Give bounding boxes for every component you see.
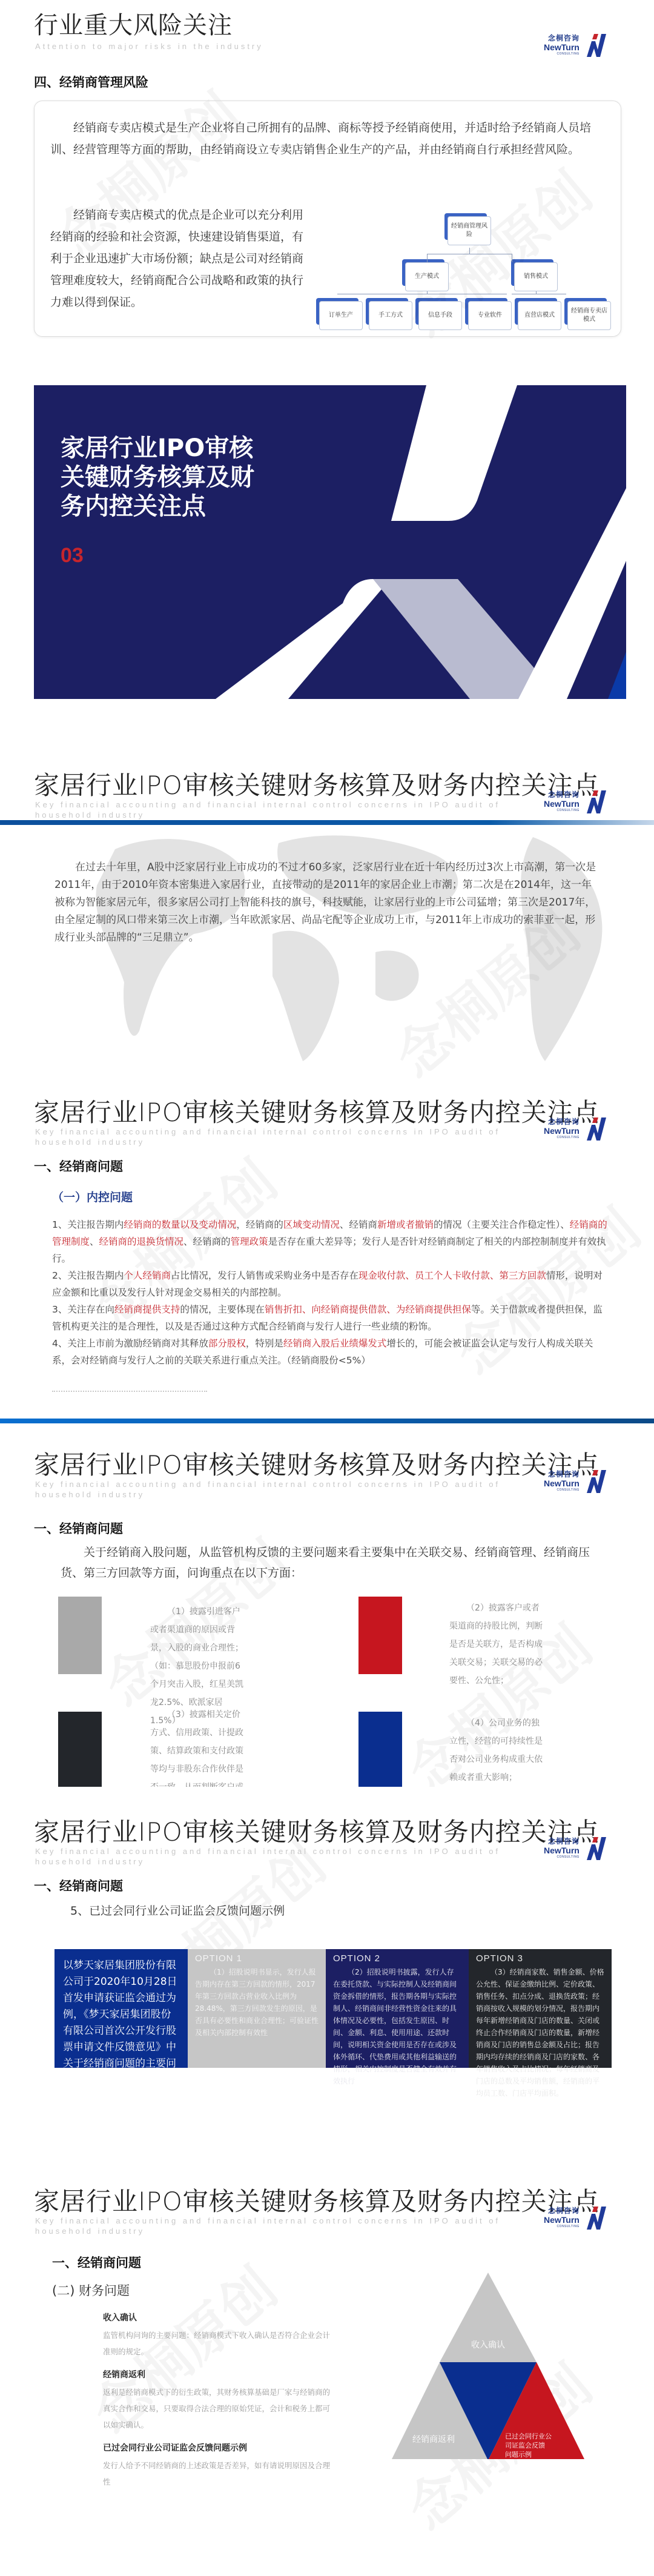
brand-logo: 念桐咨询 NewTurn CONSULTING — [544, 1465, 610, 1497]
slide-header: 家居行业IPO审核关键财务核算及财务内控关注点 Key financial ac… — [0, 1799, 654, 1866]
list-item: 1、关注报告期内经销商的数量以及变动情况，经销商的区域变动情况、经销商新增或者撤… — [52, 1216, 609, 1267]
option-panel-3: OPTION 3 （3）经销商家数、销售金额、价格公允性、保证金缴纳比例、定价政… — [464, 1949, 612, 2068]
slide-divider-bar — [0, 1419, 654, 1423]
point-text: （3）披露相关定价方式、信用政策、计提政策、结算政策和支付政策等均与非股东合作伙… — [150, 1706, 247, 1787]
page-title: 家居行业IPO审核关键财务核算及财务内控关注点 — [34, 1812, 599, 1849]
brand-logo: 念桐咨询 NewTurn CONSULTING — [544, 1832, 610, 1864]
control-issue-list: 1、关注报告期内经销商的数量以及变动情况，经销商的区域变动情况、经销商新增或者撤… — [52, 1216, 609, 1369]
option-text: （3）经销商家数、销售金额、价格公允性、保证金缴纳比例、定价政策、销售任务、扣点… — [476, 1966, 604, 2099]
page-title: 家居行业IPO审核关键财务核算及财务内控关注点 — [34, 1445, 599, 1482]
page-subtitle: Attention to major risks in the industry — [35, 41, 507, 51]
slide-section-cover: 家居行业IPO审核 关键财务核算及财 务内控关注点 03 — [0, 339, 654, 718]
logo-cn: 念桐咨询 — [548, 35, 580, 42]
svg-text:经销商返利: 经销商返利 — [412, 2434, 455, 2445]
org-node: 生产模式 — [405, 262, 449, 291]
cover-section-number: 03 — [61, 544, 84, 568]
option-label: OPTION 2 — [333, 1953, 457, 1965]
option-label: OPTION 1 — [195, 1953, 319, 1965]
newturn-n-icon — [582, 1115, 609, 1142]
newturn-n-icon — [582, 31, 609, 58]
logo-sub: CONSULTING — [557, 53, 579, 56]
slide-header: 家居行业IPO审核关键财务核算及财务内控关注点 Key financial ac… — [0, 1079, 654, 1146]
page-subtitle: Key financial accounting and financial i… — [35, 1127, 507, 1147]
list-item: 2、关注报告期内个人经销商占比情况，发行人销售或采购业务中是否存在现金收付款、员… — [52, 1267, 609, 1301]
slide-header: 家居行业IPO审核关键财务核算及财务内控关注点 Key financial ac… — [0, 752, 654, 819]
list-item: 4、关注上市前为激励经销商对其释放部分股权，特别是经销商入股后业绩爆发式增长的，… — [52, 1335, 609, 1369]
slide-header: 行业重大风险关注 Attention to major risks in the… — [0, 0, 654, 67]
content-card: 经销商专卖店模式是生产企业将自己所拥有的品牌、商标等授予经销商使用，并适时给予经… — [34, 101, 621, 337]
newturn-n-icon — [582, 2204, 609, 2231]
option-text: （2）招股说明书披露，发行人存在委托贷款、与实际控制人及经销商间资金拆借的情形，… — [333, 1966, 457, 2087]
lead-panel: 以梦天家居集团股份有限公司于2020年10月28日首发申请获证监会通过为例，《梦… — [54, 1949, 188, 2068]
slide-equity-issues: 念桐原创 念桐原创 家居行业IPO审核关键财务核算及财务内控关注点 Key fi… — [0, 1423, 654, 1787]
page-subtitle: Key financial accounting and financial i… — [35, 2216, 507, 2236]
option-label: OPTION 3 — [476, 1953, 604, 1965]
issue-title: 经销商返利 — [103, 2368, 333, 2380]
org-node: 手工方式 — [369, 301, 412, 330]
color-block-blue — [358, 1712, 402, 1787]
page-subtitle: Key financial accounting and financial i… — [35, 1846, 507, 1867]
org-node: 订单生产 — [319, 301, 363, 330]
slide-financial-issues: 念桐原创 念桐原创 家居行业IPO审核关键财务核算及财务内控关注点 Key fi… — [0, 2150, 654, 2532]
intro-paragraph: 关于经销商入股问题，从监管机构反馈的主要问题来看主要集中在关联交易、经销商管理、… — [61, 1542, 593, 1583]
triangle-diagram: 收入确认 经销商返利 已过会同行业公司证监会反馈问题示例 — [388, 2265, 593, 2459]
dotted-divider — [52, 1391, 207, 1392]
point-text: （2）披露客户或者渠道商的持股比例，判断是否是关联方，是否构成关联交易；关联交易… — [449, 1599, 546, 1690]
issue-title: 收入确认 — [103, 2311, 333, 2323]
section-heading: 一、经销商问题 — [34, 1519, 123, 1537]
org-chart: 经销商管理风险 生产模式 销售模式 订单生产 手工方式 信息手段 专业软件 直营… — [319, 210, 616, 325]
page-title: 家居行业IPO审核关键财务核算及财务内控关注点 — [34, 2182, 599, 2218]
slide-header: 家居行业IPO审核关键财务核算及财务内控关注点 Key financial ac… — [0, 1432, 654, 1498]
org-node: 信息手段 — [418, 301, 462, 330]
section-heading: 一、经销商问题 — [52, 2253, 141, 2271]
header-divider-bar — [0, 820, 654, 825]
section-heading: 四、经销商管理风险 — [34, 73, 148, 91]
option-panels: 以梦天家居集团股份有限公司于2020年10月28日首发申请获证监会通过为例，《梦… — [54, 1949, 612, 2068]
brand-logo: 念桐咨询 NewTurn CONSULTING — [544, 29, 610, 61]
issue-title: 已过会同行业公司证监会反馈问题示例 — [103, 2442, 333, 2454]
subsection-heading: (二) 财务问题 — [52, 2281, 130, 2299]
org-node: 经销商专卖店模式 — [567, 301, 611, 330]
slide-header: 家居行业IPO审核关键财务核算及财务内控关注点 Key financial ac… — [0, 2168, 654, 2235]
intro-paragraph: 在过去十年里，A股中泛家居行业上市成功的不过才60多家，泛家居行业在近十年内经历… — [54, 859, 599, 947]
org-node: 专业软件 — [468, 301, 512, 330]
option-panel-2: OPTION 2 （2）招股说明书披露，发行人存在委托贷款、与实际控制人及经销商… — [326, 1949, 464, 2068]
page-subtitle: Key financial accounting and financial i… — [35, 1479, 507, 1500]
option-panel-1: OPTION 1 （1）招股说明书显示，发行人报告期内存在第三方回款的情形，20… — [188, 1949, 326, 2068]
newturn-n-icon — [582, 788, 609, 815]
slide-industry-risk: 念桐原创 念桐原创 行业重大风险关注 Attention to major ri… — [0, 0, 654, 339]
subsection-heading: 5、已过会同行业公司证监会反馈问题示例 — [70, 1902, 285, 1918]
document-page: 念桐原创 念桐原创 行业重大风险关注 Attention to major ri… — [0, 0, 654, 2532]
brand-logo: 念桐咨询 NewTurn CONSULTING — [544, 2202, 610, 2233]
page-title: 家居行业IPO审核关键财务核算及财务内控关注点 — [34, 766, 599, 802]
org-node: 销售模式 — [514, 262, 558, 291]
paragraph: 经销商专卖店模式是生产企业将自己所拥有的品牌、商标等授予经销商使用，并适时给予经… — [50, 117, 607, 161]
financial-issue-list: 收入确认 监管机构问询的主要问题：经销商模式下收入确认是否符合企业会计准则的规定… — [103, 2311, 333, 2498]
section-heading: 一、经销商问题 — [34, 1876, 123, 1895]
brand-logo: 念桐咨询 NewTurn CONSULTING — [544, 786, 610, 817]
org-node: 直营店模式 — [518, 301, 561, 330]
paragraph: 经销商专卖店模式的优点是企业可以充分利用经销商的经验和社会资源，快速建设销售渠道… — [50, 204, 311, 313]
cover-title: 家居行业IPO审核 关键财务核算及财 务内控关注点 — [61, 434, 254, 521]
color-block-gray — [58, 1597, 102, 1674]
newturn-n-icon — [582, 1835, 609, 1861]
cover-n-graphic — [34, 385, 626, 699]
issue-text: 监管机构问询的主要问题：经销商模式下收入确认是否符合企业会计准则的规定。 — [103, 2327, 333, 2360]
page-title: 家居行业IPO审核关键财务核算及财务内控关注点 — [34, 1093, 599, 1129]
issue-text: 发行人给予不同经销商的上述政策是否差异，如有请说明原因及合理性 — [103, 2457, 333, 2490]
slide-internal-control: 念桐原创 念桐原创 家居行业IPO审核关键财务核算及财务内控关注点 Key fi… — [0, 1079, 654, 1419]
page-title: 行业重大风险关注 — [34, 6, 233, 41]
slide-intro: 家居行业IPO审核关键财务核算及财务内控关注点 Key financial ac… — [0, 752, 654, 1079]
point-text: （4）公司业务的独立性，经营的可持续性是否对公司业务构成重大依赖或者重大影响； — [449, 1714, 546, 1787]
subsection-heading: （一）内控问题 — [52, 1188, 133, 1205]
logo-en: NewTurn — [544, 43, 580, 51]
page-subtitle: Key financial accounting and financial i… — [35, 800, 507, 820]
newturn-n-icon — [582, 1468, 609, 1494]
slide-feedback-examples: 念桐原创 家居行业IPO审核关键财务核算及财务内控关注点 Key financi… — [0, 1787, 654, 2150]
cover-panel: 家居行业IPO审核 关键财务核算及财 务内控关注点 03 — [34, 385, 626, 699]
org-node-root: 经销商管理风险 — [448, 216, 491, 245]
issue-text: 返利是经销商模式下的衍生政策，其财务核算基础是厂家与经销商的真实合作和交易，只要… — [103, 2384, 333, 2433]
list-item: 3、关注存在向经销商提供支持的情况，主要体现在销售折扣、向经销商提供借款、为经销… — [52, 1301, 609, 1335]
section-heading: 一、经销商问题 — [34, 1157, 123, 1175]
option-text: （1）招股说明书显示，发行人报告期内存在第三方回款的情形，2017年第三方回款占… — [195, 1966, 319, 2039]
brand-logo: 念桐咨询 NewTurn CONSULTING — [544, 1113, 610, 1144]
color-block-red — [358, 1597, 402, 1674]
color-block-dark — [58, 1712, 102, 1787]
svg-text:收入确认: 收入确认 — [471, 2340, 505, 2350]
